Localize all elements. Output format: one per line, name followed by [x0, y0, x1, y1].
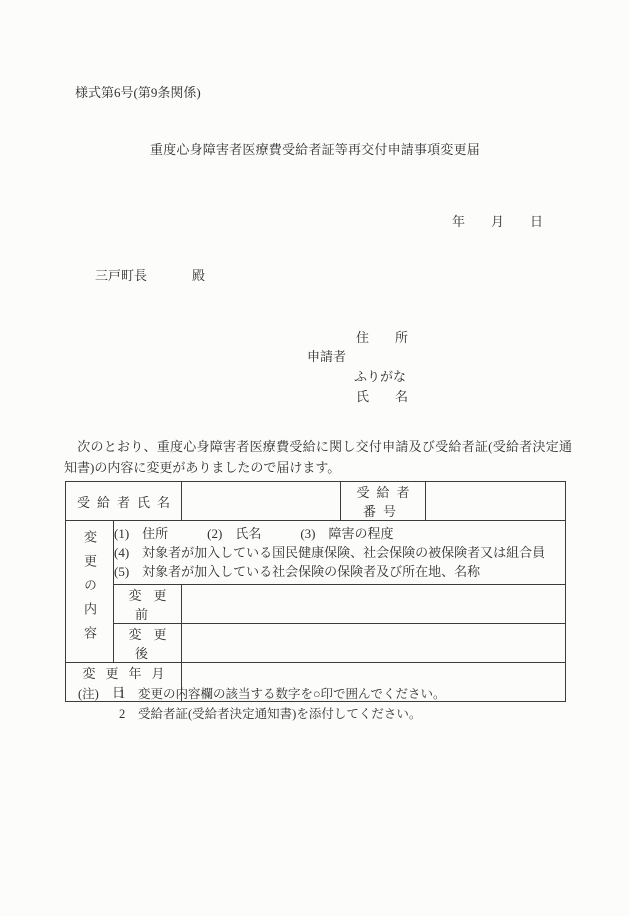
recipient-number-label: 受給者番号 — [341, 482, 426, 521]
recipient-name-label: 受給者氏名 — [66, 482, 182, 521]
applicant-name-label: 氏 名 — [356, 386, 408, 405]
table-row-before-change: 変更前 — [66, 585, 566, 624]
before-change-field — [182, 585, 566, 624]
applicant-group-label: 申請者 — [307, 346, 346, 365]
table-row-after-change: 変更後 — [66, 624, 566, 663]
body-paragraph: 次のとおり、重度心身障害者医療費受給に関し交付申請及び受給者証(受給者決定通知書… — [64, 436, 572, 478]
date-line: 年 月 日 — [452, 211, 543, 230]
note-number-2: 2 — [119, 704, 138, 724]
note-item-1: (注) 1 変更の内容欄の該当する数字を○印で囲んでください。 — [78, 684, 446, 704]
note-item-2: 2 受給者証(受給者決定通知書)を添付してください。 — [78, 704, 446, 724]
form-number: 様式第6号(第9条関係) — [75, 82, 201, 101]
change-contents-header-cell: 変更の内容 — [66, 521, 114, 663]
change-option-line-1: (1) 住所 (2) 氏名 (3) 障害の程度 — [114, 524, 565, 543]
note-label-spacer — [78, 704, 119, 724]
table-row-change-options: 変更の内容 (1) 住所 (2) 氏名 (3) 障害の程度 (4) 対象者が加入… — [66, 521, 566, 585]
notes-block: (注) 1 変更の内容欄の該当する数字を○印で囲んでください。 2 受給者証(受… — [78, 684, 446, 724]
table-row-recipient: 受給者氏名 受給者番号 — [66, 482, 566, 521]
change-option-line-3: (5) 対象者が加入している社会保険の保険者及び所在地、名称 — [114, 562, 565, 581]
note-label: (注) — [78, 684, 119, 704]
addressee-name: 三戸町長 — [95, 265, 147, 284]
after-change-label: 変更後 — [114, 624, 182, 663]
page-title: 重度心身障害者医療費受給者証等再交付申請事項変更届 — [0, 139, 630, 158]
addressee-honorific: 殿 — [192, 265, 205, 284]
note-number-1: 1 — [119, 684, 138, 704]
change-notification-table: 受給者氏名 受給者番号 変更の内容 (1) 住所 (2) 氏名 (3) 障害の程… — [65, 481, 566, 702]
form-sheet: 様式第6号(第9条関係) 重度心身障害者医療費受給者証等再交付申請事項変更届 年… — [0, 0, 630, 916]
applicant-furigana-label: ふりがな — [354, 366, 406, 385]
change-option-line-2: (4) 対象者が加入している国民健康保険、社会保険の被保険者又は組合員 — [114, 543, 565, 562]
after-change-field — [182, 624, 566, 663]
change-contents-label: 変更の内容 — [83, 530, 96, 650]
recipient-number-field — [426, 482, 566, 521]
note-text-2: 受給者証(受給者決定通知書)を添付してください。 — [138, 704, 421, 724]
change-options-cell: (1) 住所 (2) 氏名 (3) 障害の程度 (4) 対象者が加入している国民… — [114, 521, 566, 585]
note-text-1: 変更の内容欄の該当する数字を○印で囲んでください。 — [138, 684, 446, 704]
recipient-name-field — [182, 482, 341, 521]
applicant-address-label: 住 所 — [356, 327, 408, 346]
before-change-label: 変更前 — [114, 585, 182, 624]
